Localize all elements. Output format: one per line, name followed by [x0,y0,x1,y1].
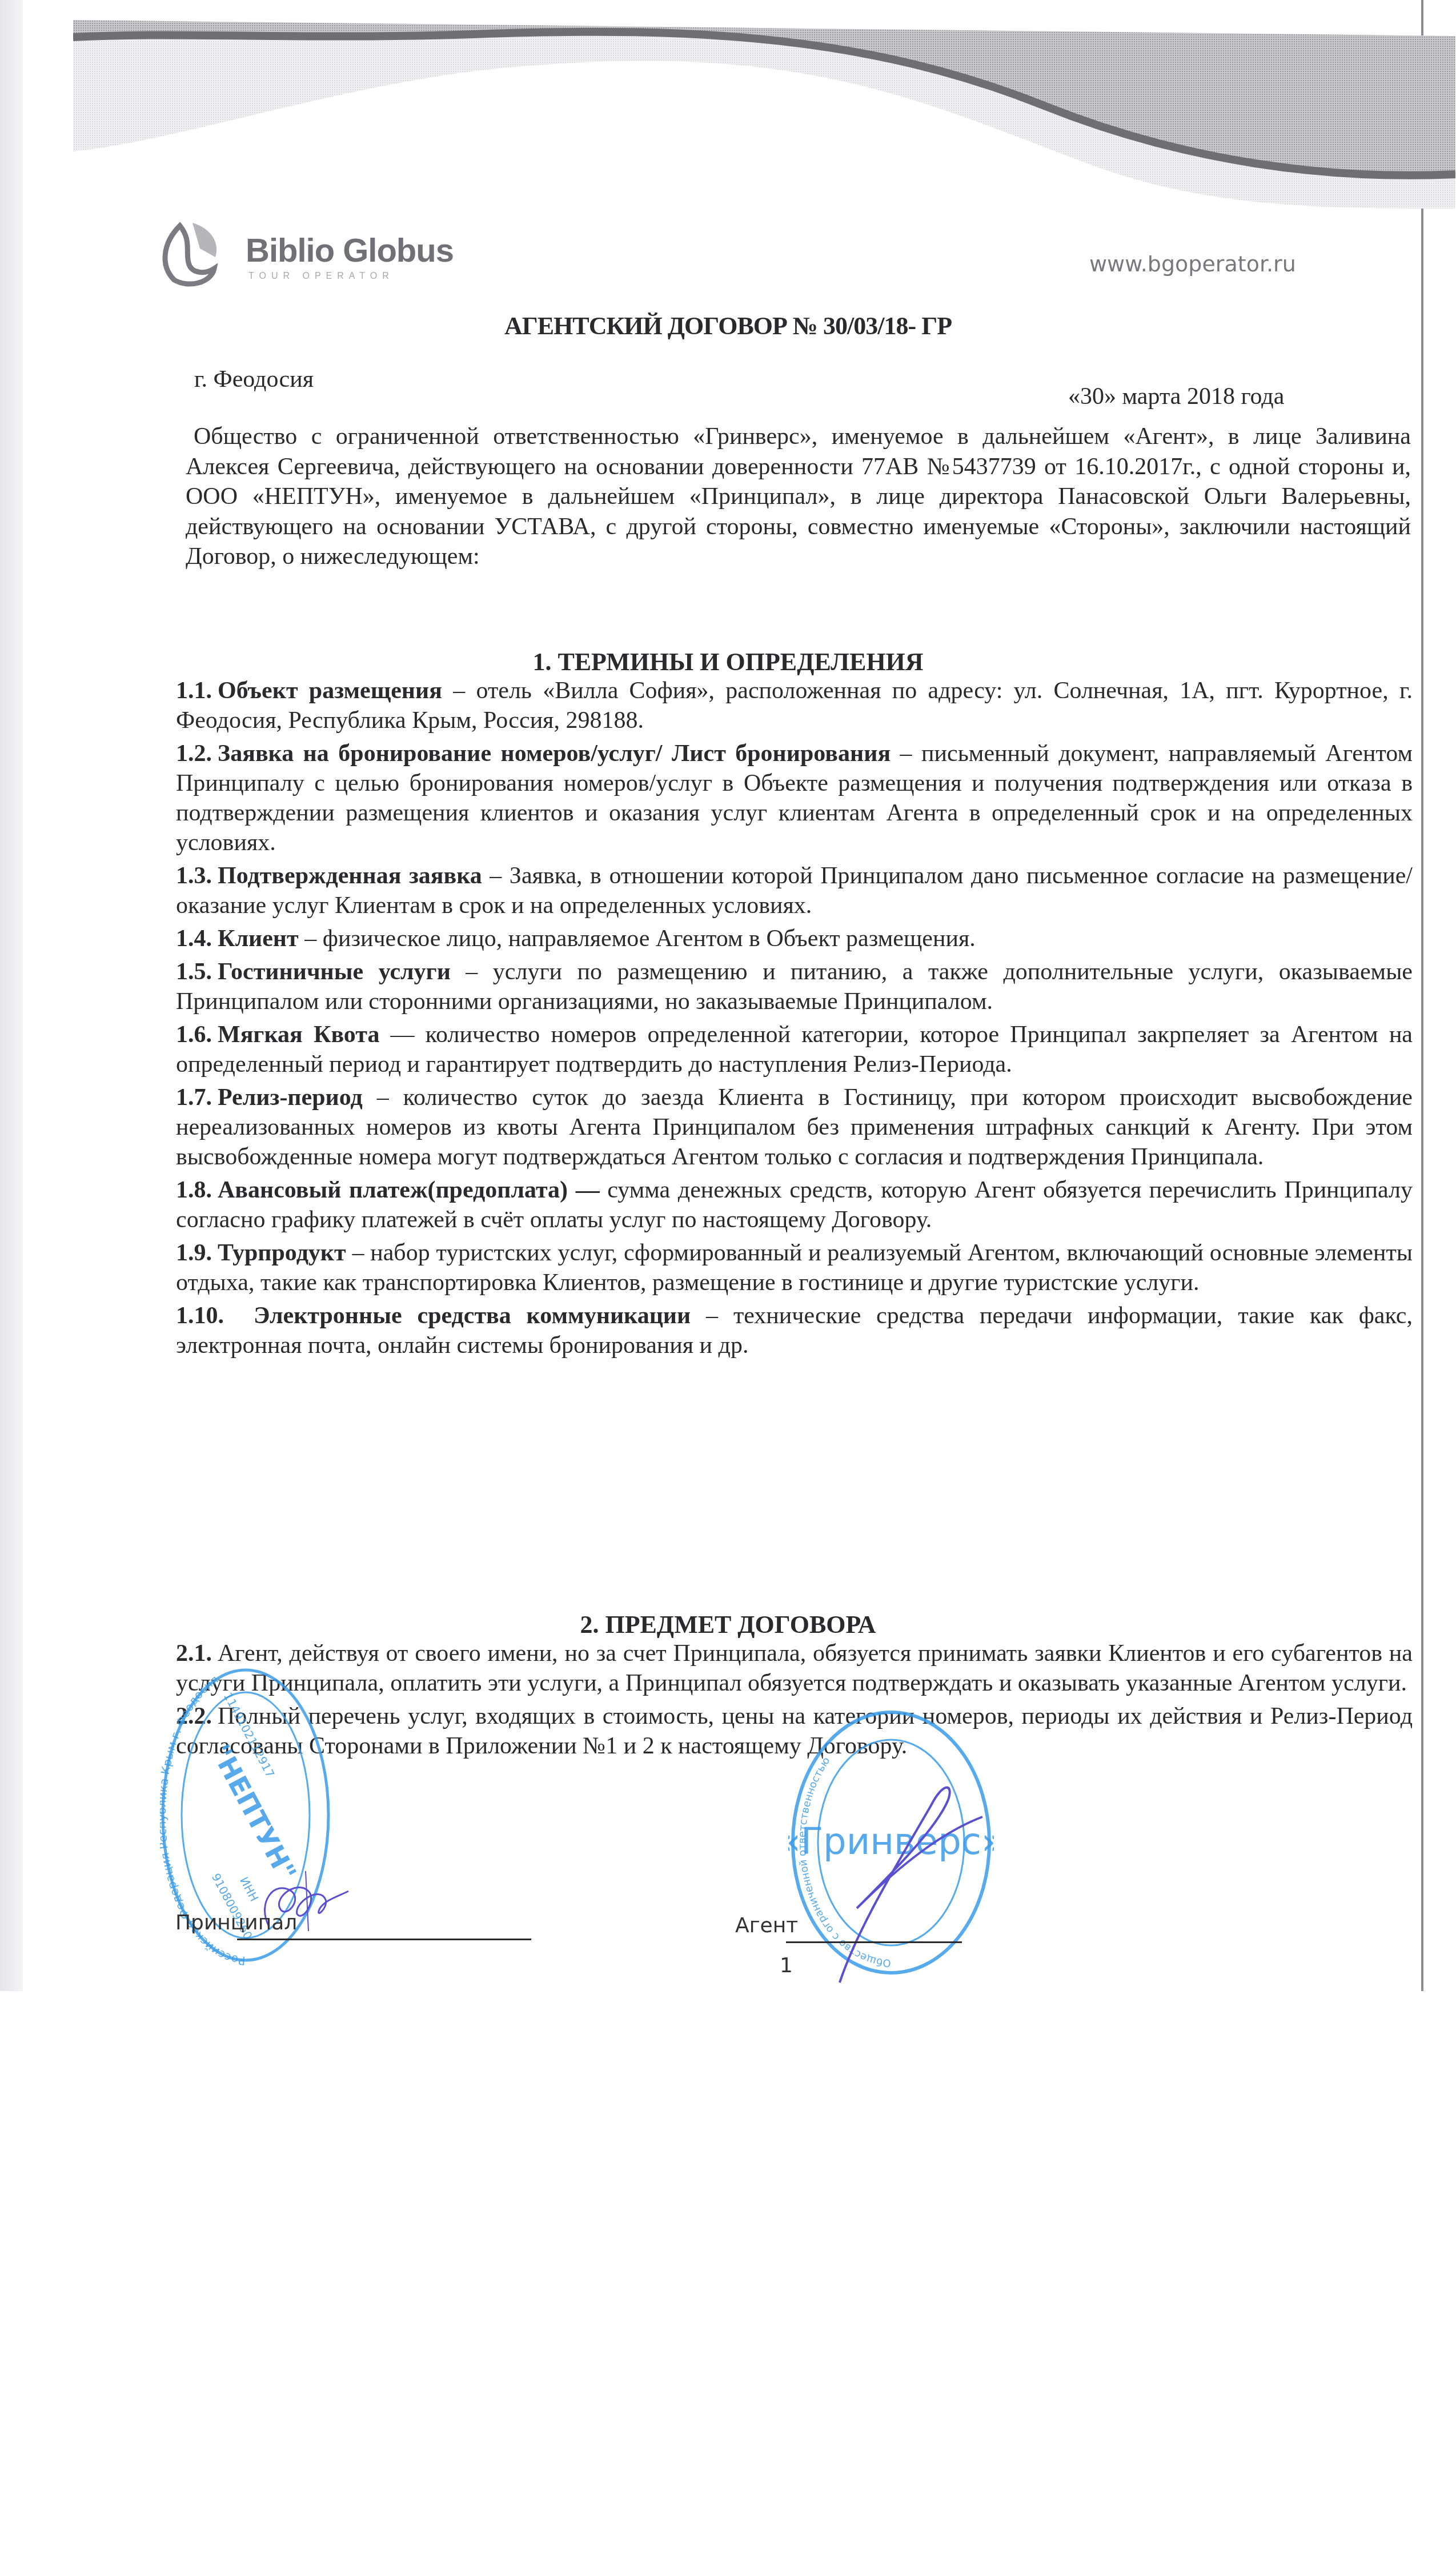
logo-tagline: TOUR OPERATOR [248,271,394,282]
section-2-heading: 2. ПРЕДМЕТ ДОГОВОРА [0,1610,1456,1639]
clause-term: Мягкая Квота [218,1022,379,1048]
principal-sign-label: Принципал [175,1911,297,1935]
clause-text: – физическое лицо, направляемое Агентом … [299,926,976,952]
clause-term: Заявка на бронирование номеров/услуг/ Ли… [218,740,891,767]
section-1-heading: 1. ТЕРМИНЫ И ОПРЕДЕЛЕНИЯ [0,647,1456,676]
scan-right-border [1421,0,1423,1991]
clause-number: 2.1. [176,1640,212,1667]
website-url: www.bgoperator.ru [1089,251,1296,277]
clause-term: Клиент [218,926,299,952]
clause-term: Объект размещения [218,678,442,704]
document-title: АГЕНТСКИЙ ДОГОВОР № 30/03/18- ГР [0,311,1456,341]
agent-signature [823,1760,994,2000]
clause-2-1: 2.1.Агент, действуя от своего имени, но … [176,1639,1413,1698]
clause-1-6: 1.6.Мягкая Квота — количество номеров оп… [176,1020,1413,1079]
clause-term: Гостиничные услуги [218,959,451,985]
clause-text: Агент, действуя от своего имени, но за с… [176,1640,1413,1696]
section-1-clauses: 1.1.Объект размещения – отель «Вилла Соф… [176,676,1413,1364]
clause-1-1: 1.1.Объект размещения – отель «Вилла Соф… [176,676,1413,735]
clause-1-4: 1.4.Клиент – физическое лицо, направляем… [176,924,1413,954]
clause-number: 1.8. [176,1177,212,1203]
logo-mark-icon [157,220,237,289]
clause-1-3: 1.3.Подтвержденная заявка – Заявка, в от… [176,861,1413,920]
clause-number: 1.6. [176,1022,212,1048]
agent-signature-line [786,1941,962,1943]
clause-1-2: 1.2.Заявка на бронирование номеров/услуг… [176,739,1413,858]
clause-term: Подтвержденная заявка [218,863,482,889]
stamp-company-name: "НЕПТУН" [205,1739,303,1885]
clause-term: Релиз-период [218,1084,363,1111]
scan-left-edge [0,0,23,1991]
letterhead-wave-graphic [73,20,1455,209]
biblio-globus-logo: Biblio Globus TOUR OPERATOR [157,220,477,289]
page-number: 1 [780,1954,793,1977]
preamble-paragraph: Общество с ограниченной ответственностью… [186,422,1411,572]
clause-1-5: 1.5.Гостиничные услуги – услуги по разме… [176,957,1413,1016]
clause-number: 1.7. [176,1084,212,1111]
clause-term: Авансовый платеж(предоплата) — [218,1177,600,1203]
logo-name: Biblio Globus [246,231,454,270]
clause-number: 1.4. [176,926,212,952]
clause-number: 1.9. [176,1240,212,1266]
clause-term: Электронные средства коммуникации [254,1303,691,1329]
scanned-page: Biblio Globus TOUR OPERATOR www.bgoperat… [0,0,1456,1991]
clause-1-10: 1.10.Электронные средства коммуникации –… [176,1301,1413,1360]
contract-city: г. Феодосия [194,366,314,393]
clause-number: 1.2. [176,740,212,767]
clause-number: 1.5. [176,959,212,985]
clause-1-7: 1.7.Релиз-период – количество суток до з… [176,1083,1413,1172]
clause-1-8: 1.8.Авансовый платеж(предоплата) — сумма… [176,1175,1413,1235]
clause-text: – набор туристских услуг, сформированный… [176,1240,1413,1296]
clause-term: Турпродукт [218,1240,346,1266]
clause-number: 1.1. [176,678,212,704]
clause-number: 1.10. [176,1303,224,1329]
clause-number: 1.3. [176,863,212,889]
principal-signature-line [237,1939,531,1940]
agent-sign-label: Агент [735,1914,798,1937]
contract-date: «30» марта 2018 года [1068,383,1284,410]
clause-1-9: 1.9.Турпродукт – набор туристских услуг,… [176,1238,1413,1297]
